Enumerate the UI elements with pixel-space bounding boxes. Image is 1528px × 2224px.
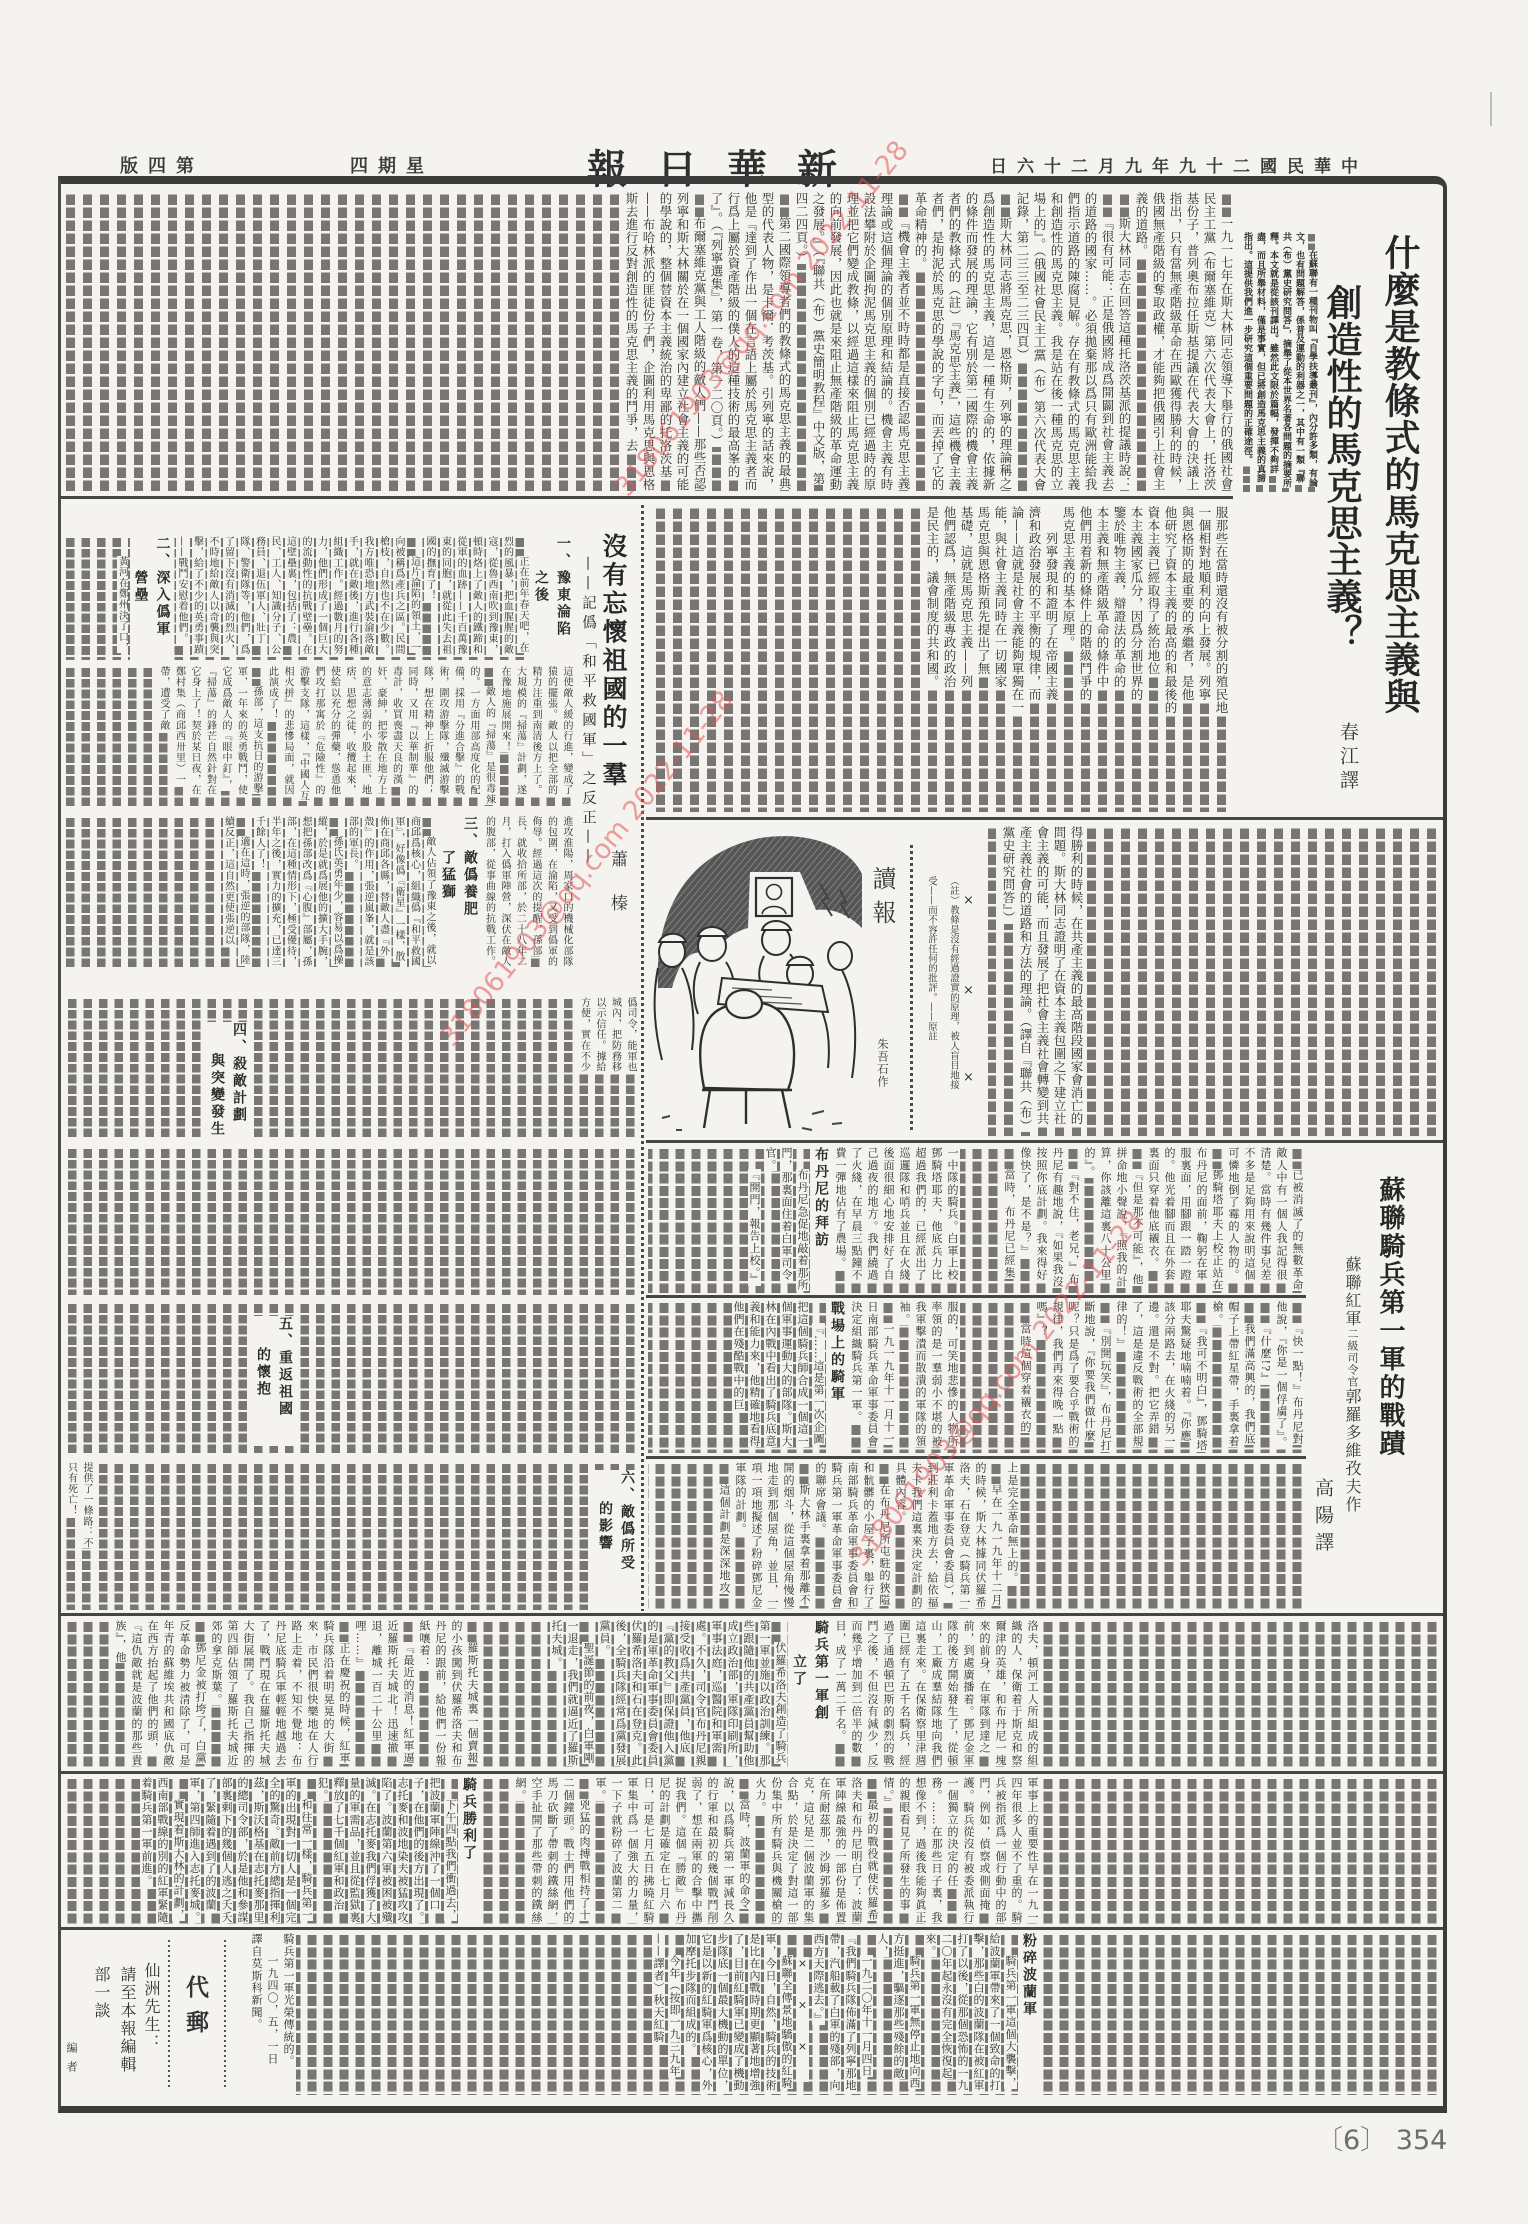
article-paragraph: 『快一點！』布丹尼對他說，『你是一個俘虜了』。 [1273, 1301, 1305, 1453]
column-fragment: 他研究了資本主義的最高的和最後的 [1162, 506, 1179, 812]
article-body-r4b: 洛夫，頓河工人所組成的組織的人，保衛着于斯克和察爾津的英雄，和布丹尼一塊來的前身… [480, 1620, 1040, 1768]
paragraph-text: 孫部，這支抗日的游擊軍，一年來的英勇戰鬥，使它成爲敵人的『眼中釘』，『掃蕩』的鋒… [158, 666, 262, 796]
paragraph-text: 我們滿高興的，我們底帽子上帶紅星帶，手裏拿着槍。 [1211, 1301, 1256, 1447]
paragraph-text: 聖誕節的前夜，白軍剛一退走，我們就逼近了羅斯托夫城。 [550, 1620, 595, 1766]
article-body-r5a-illegible [1040, 1777, 1440, 1924]
paragraph-text: 馬克思主義的基本原理。 [1061, 506, 1076, 649]
paragraph-text: 當時，布丹尼已經集 [1003, 1169, 1016, 1279]
article-paragraph: 孫氏英勇年少，容易以爲操縱，於是就爲展他的擴大手腕，想把孫部改爲『心腹』部屬，孫… [251, 816, 344, 968]
paragraph-text: 進攻淮陽，周家口的機械化部隊的包圍，在淪陷，又受到僞軍的侮辱。經過這次的提醒，孫… [484, 816, 573, 967]
article-body-tier-e-illegible [62, 1147, 638, 1295]
article-paragraph: 『很有可能：正是俄國將成爲開闢到社會主義去的道路的國家……。必須拋棄那以爲只有歐… [1014, 192, 1116, 492]
pencil-mark [1490, 92, 1492, 126]
article-paragraph: 鄧騎塔耶夫上校正站在布丹尼的面前，鞠躬在軍服裏面，用腳跟一踏一蹬的。他光着腳而且… [1145, 1147, 1225, 1293]
article-paragraph: 斯大林手裏拿着那離不開的烟斗，從這個屋角慢慢地走到那個屋角，並且，一項一項地擬述… [732, 1462, 812, 1610]
heading-line: 三、敵僞養肥 [459, 816, 481, 968]
article-body-r4a-illegible [1040, 1620, 1440, 1768]
article-body-tier-f-illegible [62, 1302, 638, 1454]
paragraph-text: 資本主義已經取得了統治地位 [1146, 506, 1161, 675]
tier-rule [61, 1927, 1443, 1930]
separator-marks: ××× [796, 1957, 809, 2082]
paragraph-text: 第二國際領導者們的教條式的馬克思主義的最典型的代表人物，是卡爾．考茨基。引列寧的… [709, 192, 792, 491]
stool [702, 1090, 792, 1128]
column-fragment: 他們用着新的條件上的階級鬥爭的 [1077, 506, 1094, 812]
heading-line: 立了 [788, 1620, 810, 1768]
paragraph-text: 已被消滅了的無數革命敵人中有一個人我記得很清楚。當時有幾件事兒差不多是足夠用來說… [1227, 1147, 1304, 1291]
paragraph-text: 一九一七年在斯大林同志領導下舉行的俄國社會民主工黨（布爾塞維克）第六次代表大會上… [1134, 192, 1234, 491]
paragraph-text: 斯大林同志將馬克思，恩格斯，列寧的理論稱之爲創造性的馬克思主義，這是一種有生命的… [913, 192, 1013, 492]
floor-marks [662, 1111, 842, 1130]
paragraph-text: 提供了一條路：不 [81, 1462, 92, 1548]
paragraph-text: 鑒於唯物主義，辯證法的革命的 [1112, 506, 1127, 688]
article-paragraph: 正在前年春天吧，在烈的風暴，把血腥腥的敵寇，從魯西南吹到豫東，頓時烙上了敵人的鐵… [422, 536, 531, 660]
article-paragraph: 這使敵人緩的行進，變成了猿的擺張。敵人以把全部的精力注重到南清後方上了。大規模的… [497, 666, 575, 806]
tier-rule [646, 1456, 1306, 1459]
column-fragment: 資本主義已經取得了統治地位 [1145, 506, 1162, 812]
paragraph-text: 『最近的消息！紅軍逼近羅斯托夫城北！迅速撤退，離城一百二十公里哩……』 [354, 1620, 415, 1764]
paragraph-text: 這片淪陷的領土，一向被稱爲產兵之區。民間槍枝，自然也不在少數。我方唯恐地方武裝淪… [176, 536, 420, 655]
paragraph-text: 最初的戰役就使伏羅希洛夫和布丹尼明白了：波蘭軍陣線最強的一部份是佈置在所耐茲那，… [754, 1777, 879, 1923]
article-body-r3a-illegible [1020, 1462, 1305, 1610]
paragraph-text: 敵人佔領了豫東之後，就以商邱爲核心，組織僞『和平救國軍』，好像僞『衛星』一樣，散… [347, 816, 436, 967]
translator-introduction: 在蘇聯有一種刊物叫『自學扶導叢刊』，內分許多類，有論文，也有問題解答，係普及運動… [1240, 232, 1318, 492]
article-ending-text: 騎兵第一軍光榮傳統的。 [280, 1933, 296, 2095]
paragraph-text: 軍事上的重要性早在一九一四年很多人並不了重的。騎兵被指派爲一個行動中的部門，例如… [882, 1777, 1039, 1923]
article-paragraph: 騎兵第一軍無停止地向西方挺進，驅逐那些殘餘的敵人， [874, 1933, 922, 2095]
paragraph-text: 早在一九一九年十二月的時候，斯大林據同伏羅希洛夫，石在登克（騎兵第一軍革命軍事委… [894, 1462, 1003, 1608]
paragraph-text: 『開門，報告上校。』 [748, 1169, 761, 1286]
source-text: 譯自莫斯科新聞。 [250, 1933, 263, 2031]
heading-line: 騎兵第一軍創 [810, 1620, 832, 1768]
column-fragment: 服那些在當時還沒有被分割的殖民地 [1213, 506, 1230, 812]
article-body-tier-g-illegible [94, 1462, 638, 1610]
tier-rule [646, 1295, 1306, 1298]
footnote: （註）教條是沒有經過證實的原理，被人盲目地接受——而不容許任何的批評。——原註 [920, 876, 964, 1091]
article-body-tier-d-illegible [62, 997, 576, 1137]
article-paragraph: 聖誕節的前夜，白軍剛一退走，我們就逼近了羅斯托夫城。 [548, 1620, 596, 1768]
article-paragraph: 鄧尼金被打垮了，白黨反革命勢力被清除了，可是年青的蘇維埃共和國底仇敵在西方抬起了… [112, 1620, 208, 1768]
heading-line: 的懷抱 [252, 1316, 274, 1446]
article-paragraph: 一中隊的騎兵。白軍上校鄧騎塔耶夫，他底兵力比超過我們的，已經派出了巡邏隊和哨兵並… [832, 1147, 960, 1293]
heading-line: 布丹尼的拜訪 [810, 1147, 832, 1293]
paragraph-text: 和往常一樣，騎兵第一軍的出現對一切人是一個完全的驚奇。敵前方總指揮利茲，斯沃格基… [188, 1777, 313, 1923]
paragraph-text: 『快一點！』布丹尼對他說，『你是一個俘虜了』。 [1275, 1301, 1304, 1449]
paragraph-text: 『什麼!?』 [1259, 1323, 1272, 1385]
paragraph-text: 黃河在鄭州決了口， [117, 556, 128, 653]
page-number: 〔6〕 354 [1316, 2118, 1447, 2157]
tier-rule [646, 817, 1443, 820]
article-paragraph: 當時這個穿着襯衣的 [1017, 1301, 1033, 1453]
article-paragraph: 今年（按即一九三九年——譯者）秋天紅騎 [650, 1933, 682, 2095]
article-paragraph: 蘇聯全傳景地驕傲的紅騎軍，今日，自然，騎兵的技術是比在內戰時期更顯著地增強了，目… [682, 1933, 794, 2095]
paragraph-text: 方便，實在不少 [579, 997, 590, 1073]
paragraph-text: 一九二〇年十一月四日『我們騎兵隊佈滿了列寧那地帶，汽船載了白軍的殘部，向西方天際… [812, 1933, 873, 2092]
paragraph-text: 馬克思與恩格斯預先提出了無 [976, 506, 991, 675]
notice-message: 請至本報編輯部一談 [88, 1966, 140, 2076]
article-paragraph: 適在這時，張逆的部隊，陸續反正，這自然更使張逆以 [220, 816, 251, 968]
heading-line: 六、敵僞所受 [616, 1470, 638, 1610]
article-body-r5c: 騎兵勝利了下午四點我們衝過去，把波蘭軍陣線沖了一個口子，在他們的後方出現了。志托… [62, 1777, 480, 1924]
article-paragraph: 我們滿高興的，我們底帽子上帶紅星帶，手裏拿着槍。 [1209, 1301, 1257, 1453]
article-byline: 蘇聯紅軍二級司令官郭羅多維孜夫作 [1342, 1256, 1362, 1514]
weekday-label: 星期四 [350, 152, 434, 178]
heading-line: 五、重返祖國 [274, 1316, 296, 1446]
column-fragment: 本主義國家瓜分，因爲分割世界的 [1128, 506, 1145, 812]
column-fragment: 城內，把防務移 [607, 997, 623, 1137]
article-paragraph: 當時，布丹尼已經集 [1001, 1147, 1017, 1293]
section-separator: ××× [794, 1933, 810, 2095]
paragraph-text: 以示信任。據給 [594, 997, 605, 1073]
column-fragment: 列寧發現和證明了在帝國主義 [1043, 506, 1060, 812]
tier-rule [61, 1613, 1443, 1616]
paragraph-text: 一中隊的騎兵。白軍上校鄧騎塔耶夫，他底兵力比超過我們的，已經派出了巡邏隊和哨兵並… [834, 1147, 959, 1281]
section-heading: 戰場上的騎軍 [826, 1301, 848, 1453]
paragraph-text: 服的，可笑地悲慘的人物所率領的是一羣弱小不堪的被我軍擊潰而散潰的軍隊的領袖。 [898, 1301, 959, 1447]
article-paragraph: 服的，可笑地悲慘的人物所率領的是一羣弱小不堪的被我軍擊潰而散潰的軍隊的領袖。 [896, 1301, 960, 1453]
article-headline-line1: 什麼是教條式的馬克思主義與 [1378, 234, 1422, 715]
paragraph-text: 在布丹尼所屯駐的狹隘和骯髒的小屋子裏，舉行了南部騎兵革命軍事委員會和騎兵第一軍革… [814, 1462, 891, 1608]
paragraph-text: 只有死亡！ [66, 1462, 77, 1516]
section-heading: 二、深入僞軍營壘 [130, 536, 174, 660]
article-source: 譯自莫斯科新聞。 [248, 1933, 264, 2095]
heading-line: 二、深入僞軍 [152, 536, 174, 660]
section-heading: 騎兵勝利了 [458, 1777, 480, 1924]
heading-line: 四、殺敵計劃 [228, 1022, 250, 1138]
article-paragraph: 布丹尼急促地敲着那所門，那裏面住着白軍司令官。 [762, 1147, 810, 1293]
article-paragraph: 下午四點我們衝過去，把波蘭軍陣線沖了一個口子，在他們的後方出現了。志托麥和波地染… [314, 1777, 458, 1924]
article-paragraph: 一九一九年十一月十一日南部騎兵革命軍事委員會決定組織騎兵第一軍。 [848, 1301, 896, 1453]
byline-organization: 蘇聯紅軍 [1343, 1256, 1362, 1328]
paragraph-text: 伏羅希洛夫創造了騎兵第一軍並施以政治訓練。那些跟隨他的共產黨員幫助他成立政治部，… [598, 1620, 787, 1766]
article-dateline: 一九四〇，五，一日 [264, 1933, 280, 2095]
article-paragraph: 第二國際領導者們的教條式的馬克思主義的最典型的代表人物，是卡爾．考茨基。引列寧的… [708, 192, 793, 492]
soldier-figure [828, 942, 855, 1078]
article-paragraph: 這片淪陷的領土，一向被稱爲產兵之區。民間槍枝，自然也不在少數。我方唯恐地方武裝淪… [174, 536, 422, 660]
column-separator [910, 845, 913, 1130]
article-body-tier-c: 進攻淮陽，周家口的機械化部隊的包圍，在淪陷，又受到僞軍的侮辱。經過這次的提醒，孫… [62, 816, 574, 968]
paragraph-text: 服那些在當時還沒有被分割的殖民地 [1214, 506, 1229, 714]
article-paragraph: 當時，波蘭軍的命令說，以爲騎兵第一軍減長久的行軍和最初的幾個戰鬥削弱了，想在兩軍… [592, 1777, 752, 1924]
paragraph-text: 正在前年春天吧，在烈的風暴，把血腥腥的敵寇，從魯西南吹到豫東，頓時烙上了敵人的鐵… [424, 536, 528, 655]
paragraph-text: 『對不住，老兄，』布丹尼有趣地說，『如果我沒按照你底計劃。我來得好像快了，是不是… [1019, 1147, 1080, 1288]
article-body-tier3-illegible [1085, 826, 1440, 1136]
tier-rule [61, 1771, 1443, 1774]
paragraph-text: 濟和政治發展的不平衡的規律，而 [1027, 506, 1042, 701]
paragraph-text: 『我可不明白』，鄧騎塔耶夫驚疑地喃喃着。『你應該分兩路去，在火綫的另一邊。還是不… [1115, 1301, 1208, 1452]
article-paragraph: 和往常一樣，騎兵第一軍的出現對一切人是一個完全的驚奇。敵前方總指揮利茲，斯沃格基… [186, 1777, 314, 1924]
heading-line: 粉碎波蘭軍 [1018, 1933, 1040, 2095]
dateline-text: 一九四〇，五，一日 [266, 1955, 279, 2065]
article-paragraph: 正在慶祝的時候，紅軍騎兵隊沿着明晃晃的大街來，市民們很快樂地在人行路上走着，不知… [208, 1620, 352, 1768]
paragraph-text: 他們用着新的條件上的階級鬥爭的 [1078, 506, 1093, 701]
column-fragment: 一個相對地順利的向上發展。列寧 [1196, 506, 1213, 812]
paragraph-text: 列寧發現和證明了在帝國主義 [1044, 506, 1059, 701]
paragraph-text: 他研究了資本主義的最高的和最後的 [1163, 506, 1178, 714]
paragraph-text: 實現着斯大林的計劃，西南部戰線的別的紅軍緊隨着騎兵第一軍前進。 [140, 1777, 185, 1923]
paragraph-text: 基礎，這就是馬克思主義——列 [959, 506, 974, 688]
column-fragment: 馬克思主義的基本原理。 [1060, 506, 1077, 812]
article-paragraph: 羅斯托夫城裏一個賣報的小孩闖到伏羅希洛夫和布丹尼的跟前，給他們一份報紙嚷着： [416, 1620, 480, 1768]
cartoon-image [652, 828, 864, 1136]
heading-line: 了猛獅 [437, 816, 459, 968]
paragraph-text: 斯大林同志在回答這種托洛茨基派的提議時說： [1117, 217, 1132, 490]
paragraph-text: 鄧騎塔耶夫上校正站在布丹尼的面前，鞠躬在軍服裏面，用腳跟一踏一蹬的。他光着腳而且… [1147, 1147, 1224, 1291]
article-paragraph: 黃河在鄭州決了口， [114, 536, 130, 660]
article-paragraph: 一九一七年在斯大林同志領導下舉行的俄國社會民主工黨（布爾塞維克）第六次代表大會上… [1133, 192, 1235, 492]
article-body-tier-d-column-tops: 僞司令，能軍也城內，把防務移以示信任。據給方便，實在不少 [576, 997, 638, 1137]
column-fragment: 馬克思與恩格斯預先提出了無 [975, 506, 992, 812]
column-separator [641, 505, 644, 1611]
paragraph-text: 騎兵第一軍光榮傳統的。 [282, 1933, 295, 2067]
issue-date: 中華民國二十九年九月二十六日 [990, 152, 1368, 177]
article-ending: 得勝利的時候，在共產主義的最高階段國家會消亡的問題。斯大林同志證明了在資本主義包… [988, 826, 1085, 1136]
paragraph-text: 騎兵第一軍無停止地向西方挺進，驅逐那些殘餘的敵人， [876, 1933, 921, 2089]
notice-border [224, 1940, 226, 2090]
article-paragraph: 最初的戰役就使伏羅希洛夫和布丹尼明白了：波蘭軍陣線最強的一部份是佈置在所耐茲那，… [752, 1777, 880, 1924]
article-ending: 騎兵第一軍光榮傳統的。 一九四〇，五，一日 譯自莫斯科新聞。 [228, 1933, 296, 2095]
article-paragraph: 『機會主義者並不時時都是直接否認馬克思主義理論或這個理論的個別原理和結論的。機會… [793, 192, 912, 492]
column-fragment: 以示信任。據給 [592, 997, 608, 1137]
article-paragraph: 已被消滅了的無數革命敵人中有一個人我記得很清楚。當時有幾件事兒差不多是足夠用來說… [1225, 1147, 1305, 1293]
column-fragment: 與恩格斯的最重要的承繼者，是他 [1179, 506, 1196, 812]
paragraph-text: 『……這是第一次企圖把這個騎兵師合成一個這一個軍事運動大的部隊。斯大林在內戰中看… [732, 1301, 825, 1447]
paragraph-text: 當時，波蘭軍的命令說，以爲騎兵第一軍減長久的行軍和最初的幾個戰鬥削弱了，想在兩軍… [594, 1777, 751, 1923]
paragraph-text: 一九一九年十一月十一日南部騎兵革命軍事委員會決定組織騎兵第一軍。 [850, 1301, 895, 1447]
paragraph-text: 僞司令，能軍也 [625, 997, 636, 1073]
article-paragraph: 伏羅希洛夫創造了騎兵第一軍並施以政治訓練。那些跟隨他的共產黨員幫助他成立政治部，… [596, 1620, 788, 1768]
column-fragment: 能，與社會主義同時在一切國家 [992, 506, 1009, 812]
column-fragment: 基礎，這就是馬克思主義——列 [958, 506, 975, 812]
notice-title: 代郵 [181, 1975, 209, 2045]
column-fragment: 濟和政治發展的不平衡的規律，而 [1026, 506, 1043, 812]
heading-line: 一、豫東淪陷 [552, 536, 574, 660]
column-fragment: 只有死亡！ [63, 1462, 79, 1610]
paragraph-text: 在蘇聯有一種刊物叫『自學扶導叢刊』，內分許多類，有論文，也有問題解答，係普及運動… [1242, 232, 1317, 488]
paragraph-text: 『但是那不可能』，他拼命地小聲說，『照我的計算，你該離這裏八十公里的』。 [1083, 1147, 1144, 1288]
article-paragraph: 『……這是第一次企圖把這個騎兵師合成一個這一個軍事運動大的部隊。斯大林在內戰中看… [730, 1301, 826, 1453]
paragraph-text: 兇猛的肉搏戰相持了十二個鐘頭。戰士們用他們的馬刀砍斷了帶刺的鐵絲網，空手扯開了那… [514, 1777, 591, 1923]
column-fragment: 提供了一條路：不 [79, 1462, 95, 1610]
article-paragraph: 一九二〇年十一月四日『我們騎兵隊佈滿了列寧那地帶，汽船載了白軍的殘部，向西方天際… [810, 1933, 874, 2095]
paragraph-text: 這個計劃是深深地攻 [718, 1484, 731, 1594]
notice-border [168, 1940, 170, 2090]
article-body-r6a-illegible [1040, 1933, 1440, 2095]
paragraph-text: 他們認爲，無產階級專政的政治 [942, 506, 957, 688]
article-headline-line2: 創造性的馬克思主義？ [1321, 284, 1363, 651]
tier-rule [61, 496, 1233, 499]
section-break-mark: × [963, 1070, 974, 1085]
column-fragment: 方便，實在不少 [576, 997, 592, 1137]
article-body-tier-a: 一、豫東淪陷之後正在前年春天吧，在烈的風暴，把血腥腥的敵寇，從魯西南吹到豫東，頓… [62, 536, 574, 660]
edition-label: 第四版 [120, 152, 204, 178]
paragraph-text: 城內，把防務移 [610, 997, 621, 1073]
wall-portrait-frame [756, 878, 792, 916]
paragraph-text: 是民主的，議會制度的共和國。 [925, 506, 940, 688]
article-body-r2b: 服的，可笑地悲慘的人物所率領的是一羣弱小不堪的被我軍擊潰而散潰的軍隊的領袖。一九… [648, 1301, 960, 1453]
paragraph-text: 騎兵第一軍這個大襲擊，給波蘭軍帶來了一個致命的打擊，那些白的波蘭隊在被紅軍打了以… [924, 1933, 1017, 2092]
section-heading: 三、敵僞養肥了猛獅 [437, 816, 481, 968]
article-body-r4c: 羅斯托夫城裏一個賣報的小孩闖到伏羅希洛夫和布丹尼的跟前，給他們一份報紙嚷着：『最… [62, 1620, 480, 1768]
paragraph-text: 蘇聯全傳景地驕傲的紅騎軍，今日，自然，騎兵的技術是比在內戰時期更顯著地增強了，目… [684, 1933, 793, 2092]
article-body-tier2: 服那些在當時還沒有被分割的殖民地一個相對地順利的向上發展。列寧與恩格斯的最重要的… [648, 506, 1230, 812]
section-heading: 一、豫東淪陷之後 [530, 536, 574, 660]
paragraph-text: 斯大林手裏拿着那離不開的烟斗，從這個屋角慢慢地走到那個屋角，並且，一項一項地擬述… [734, 1462, 811, 1608]
paragraph-text: 正在慶祝的時候，紅軍騎兵隊沿着明晃晃的大街來，市民們很快樂地在人行路上走着，不知… [210, 1620, 351, 1766]
paragraph-text: 今年（按即一九三九年——譯者）秋天紅騎 [652, 1933, 681, 2077]
article-body-r1b: 一中隊的騎兵。白軍上校鄧騎塔耶夫，他底兵力比超過我們的，已經派出了巡邏隊和哨兵並… [648, 1147, 960, 1293]
column-fragment: 論——這就是社會主義能夠單獨在一 [1009, 506, 1026, 812]
article-paragraph: 孫部，這支抗日的游擊軍，一年來的英勇戰鬥，使它成爲敵人的『眼中釘』，『掃蕩』的鋒… [156, 666, 265, 806]
section-heading-5: 五、重返祖國 的懷抱 [252, 1316, 296, 1446]
article-paragraph: 這個計劃是深深地攻 [716, 1462, 732, 1610]
article-paragraph: 『開門，報告上校。』 [746, 1147, 762, 1293]
article-paragraph: 進攻淮陽，周家口的機械化部隊的包圍，在淪陷，又受到僞軍的侮辱。經過這次的提醒，孫… [481, 816, 574, 968]
paragraph-text: 當時這個穿着襯衣的 [1019, 1323, 1032, 1433]
article-paragraph: 『但是那不可能』，他拼命地小聲說，『照我的計算，你該離這裏八十公里的』。 [1081, 1147, 1145, 1293]
paragraph-text: 羅斯托夫城裏一個賣報的小孩闖到伏羅希洛夫和布丹尼的跟前，給他們一份報紙嚷着： [418, 1620, 479, 1766]
illustration-caption: 讀報 [868, 866, 896, 934]
paragraph-text: 『別開玩笑』，布丹尼打斷地說，『你要我們做什麼呢？只是爲了要合乎戰術的規律，我們… [1035, 1301, 1112, 1452]
article-paragraph: 『最近的消息！紅軍逼近羅斯托夫城北！迅速撤退，離城一百二十公里哩……』 [352, 1620, 416, 1768]
section-break-mark: × [963, 983, 974, 998]
article-paragraph: 上是完全革命無上的。 [1004, 1462, 1020, 1610]
article-translator: 高陽譯 [1311, 1478, 1335, 1559]
heading-line: 與突變發生 [206, 1022, 228, 1138]
tier-rule [646, 1140, 1443, 1143]
section-heading: 布丹尼的拜訪 [810, 1147, 832, 1293]
notice-signature: 編者 [64, 2042, 78, 2080]
intro-paragraph: 在蘇聯有一種刊物叫『自學扶導叢刊』，內分許多類，有論文，也有問題解答，係普及運動… [1240, 232, 1318, 492]
paragraph-text: 與恩格斯的最重要的承繼者，是他 [1180, 506, 1195, 701]
article-paragraph: 在布丹尼所屯駐的狹隘和骯髒的小屋子裏，舉行了南部騎兵革命軍事委員會和騎兵第一軍革… [812, 1462, 892, 1610]
article-body-r1a: 已被消滅了的無數革命敵人中有一個人我記得很清楚。當時有幾件事兒差不多是足夠用來說… [960, 1147, 1305, 1293]
column-fragment: 是民主的，議會制度的共和國。 [924, 506, 941, 812]
article-subtitle: ——記僞「和平救國軍」之反正—— [578, 556, 598, 868]
paragraph-text: 本主義和無產階級革命的條件中 [1095, 506, 1110, 688]
heading-line: 營壘 [130, 536, 152, 660]
byline-rank: 二級司令官 [1346, 1328, 1359, 1388]
paragraph-text: 鄧尼金被打垮了，白黨反革命勢力被清除了，可是年青的蘇維埃共和國底仇敵在西方抬起了… [114, 1620, 207, 1766]
article-paragraph: 得勝利的時候，在共產主義的最高階段國家會消亡的問題。斯大林同志證明了在資本主義包… [1000, 826, 1085, 1136]
section-heading: 騎兵第一軍創立了 [788, 1620, 832, 1768]
paragraph-text: 適在這時，張逆的部隊，陸續反正，這自然更使張逆以 [223, 816, 250, 966]
paragraph-text: 上是完全革命無上的。 [1006, 1462, 1019, 1584]
article-paragraph: 騎兵第一軍這個大襲擊，給波蘭軍帶來了一個致命的打擊，那些白的波蘭隊在被紅軍打了以… [922, 1933, 1018, 2095]
article-paragraph: 軍事上的重要性早在一九一四年很多人並不了重的。騎兵被指派爲一個行動中的部門，例如… [880, 1777, 1040, 1924]
column-fragment: 僞司令，能軍也 [623, 997, 639, 1137]
article-body-r5b: 軍事上的重要性早在一九一四年很多人並不了重的。騎兵被指派爲一個行動中的部門，例如… [480, 1777, 1040, 1924]
heading-line: 之後 [530, 536, 552, 660]
article-headline: 蘇聯騎兵第一軍的戰蹟 [1374, 1176, 1406, 1458]
paragraph-text: 下午四點我們衝過去，把波蘭軍陣線沖了一個口子，在他們的後方出現了。志托麥和波地染… [316, 1777, 457, 1923]
paragraph-text: 孫氏英勇年少，容易以爲操縱，於是就爲展他的擴大手腕，想把孫部改爲『心腹』部屬，孫… [254, 816, 343, 967]
section-heading: 粉碎波蘭軍 [1018, 1933, 1040, 2095]
heading-line: 戰場上的騎軍 [826, 1301, 848, 1453]
paragraph-text: 論——這就是社會主義能夠單獨在一 [1010, 506, 1025, 714]
section-heading-6: 六、敵僞所受 的影響 [594, 1470, 638, 1610]
article-paragraph: 布爾塞維克黨與工人階級的敵人們——那些否認列寧和斯大林關於在一個國家內建立社會主… [623, 192, 708, 492]
paragraph-text: 洛夫，頓河工人所組成的組織的人，保衛着于斯克和察爾津的英雄，和布丹尼一塊來的前身… [834, 1620, 1039, 1766]
article-byline: 蕭榛 [606, 850, 628, 938]
article-body-r3b: 上是完全革命無上的。早在一九一九年十二月的時候，斯大林據同伏羅希洛夫，石在登克（… [648, 1462, 1020, 1610]
article-body-tier1: 一九一七年在斯大林同志領導下舉行的俄國社會民主工黨（布爾塞維克）第六次代表大會上… [62, 192, 1235, 492]
article-paragraph: 敵人的『掃蕩』是很毒辣的。一方面用部高度化的配備，採用『分進合擊』的戰術，圍攻游… [264, 666, 497, 806]
section-heading-4: 四、殺敵計劃 與突變發生 [206, 1022, 250, 1138]
article-paragraph: 早在一九一九年十二月的時候，斯大林據同伏羅希洛夫，石在登克（騎兵第一軍革命軍事委… [892, 1462, 1004, 1610]
column-fragment: 鑒於唯物主義，辯證法的革命的 [1111, 506, 1128, 812]
article-paragraph: 『對不住，老兄，』布丹尼有趣地說，『如果我沒按照你底計劃。我來得好像快了，是不是… [1017, 1147, 1081, 1293]
paragraph-text: 本主義國家瓜分，因爲分割世界的 [1129, 506, 1144, 701]
article-body-r2a: 『快一點！』布丹尼對他說，『你是一個俘虜了』。『什麼!?』我們滿高興的，我們底帽… [960, 1301, 1305, 1453]
heading-line: 的影響 [594, 1470, 616, 1610]
article-body-r6c-illegible [296, 1933, 480, 2095]
article-body-r6b: 粉碎波蘭軍騎兵第一軍這個大襲擊，給波蘭軍帶來了一個致命的打擊，那些白的波蘭隊在被… [480, 1933, 1040, 2095]
article-paragraph: 斯大林同志在回答這種托洛茨基派的提議時說： [1116, 192, 1133, 492]
article-body-tier-b: 這使敵人緩的行進，變成了猿的擺張。敵人以把全部的精力注重到南清後方上了。大規模的… [62, 666, 574, 806]
paragraph-text: 『很有可能：正是俄國將成爲開闢到社會主義去的道路的國家……。必須拋棄那以爲只有歐… [1015, 192, 1115, 492]
article-paragraph: 實現着斯大林的計劃，西南部戰線的別的紅軍緊隨着騎兵第一軍前進。 [138, 1777, 186, 1924]
illustration-artist: 朱吾石作 [876, 1038, 890, 1088]
byline-author: 郭羅多維孜夫作 [1343, 1388, 1362, 1514]
paragraph-text: 得勝利的時候，在共產主義的最高階段國家會消亡的問題。斯大林同志證明了在資本主義包… [1001, 826, 1084, 1132]
article-paragraph: 兇猛的肉搏戰相持了十二個鐘頭。戰士們用他們的馬刀砍斷了帶刺的鐵絲網，空手扯開了那… [512, 1777, 592, 1924]
heading-line: 騎兵勝利了 [458, 1777, 480, 1924]
section-break-mark: × [963, 893, 974, 908]
paragraph-text: 能，與社會主義同時在一切國家 [993, 506, 1008, 688]
article-paragraph: 斯大林同志將馬克思，恩格斯，列寧的理論稱之爲創造性的馬克思主義，這是一種有生命的… [912, 192, 1014, 492]
paragraph-text: 『機會主義者並不時時都是直接否認馬克思主義理論或這個理論的個別原理和結論的。機會… [794, 192, 911, 491]
article-paragraph: 『我可不明白』，鄧騎塔耶夫驚疑地喃喃着。『你應該分兩路去，在火綫的另一邊。還是不… [1113, 1301, 1209, 1453]
column-fragment: 他們認爲，無產階級專政的政治 [941, 506, 958, 812]
article-paragraph: 『別開玩笑』，布丹尼打斷地說，『你要我們做什麼呢？只是爲了要合乎戰術的規律，我們… [1033, 1301, 1113, 1453]
article-byline: 春江譯 [1336, 722, 1360, 794]
article-paragraph: 洛夫，頓河工人所組成的組織的人，保衛着于斯克和察爾津的英雄，和布丹尼一塊來的前身… [832, 1620, 1040, 1768]
paragraph-text: 這使敵人緩的行進，變成了猿的擺張。敵人以把全部的精力注重到南清後方上了。大規模的… [499, 666, 572, 796]
paragraph-text: 敵人的『掃蕩』是很毒辣的。一方面用部高度化的配備，採用『分進合擊』的戰術，圍攻游… [267, 666, 495, 805]
paragraph-text: 布爾塞維克黨與工人階級的敵人們——那些否認列寧和斯大林關於在一個國家內建立社會主… [624, 192, 707, 491]
notice-addressee: 仙洲先生： [140, 1962, 162, 2052]
paragraph-text: 一個相對地順利的向上發展。列寧 [1197, 506, 1212, 701]
article-paragraph: 敵人佔領了豫東之後，就以商邱爲核心，組織僞『和平救國軍』，好像僞『衛星』一樣，散… [344, 816, 437, 968]
article-headline: 沒有忘懷祖國的一羣 [598, 533, 628, 790]
article-body-tier-g-ending: 提供了一條路：不只有死亡！ [62, 1462, 94, 1610]
column-fragment: 本主義和無產階級革命的條件中 [1094, 506, 1111, 812]
paragraph-text: 布丹尼急促地敲着那所門，那裏面住着白軍司令官。 [764, 1147, 809, 1291]
article-paragraph: 『什麼!?』 [1257, 1301, 1273, 1453]
